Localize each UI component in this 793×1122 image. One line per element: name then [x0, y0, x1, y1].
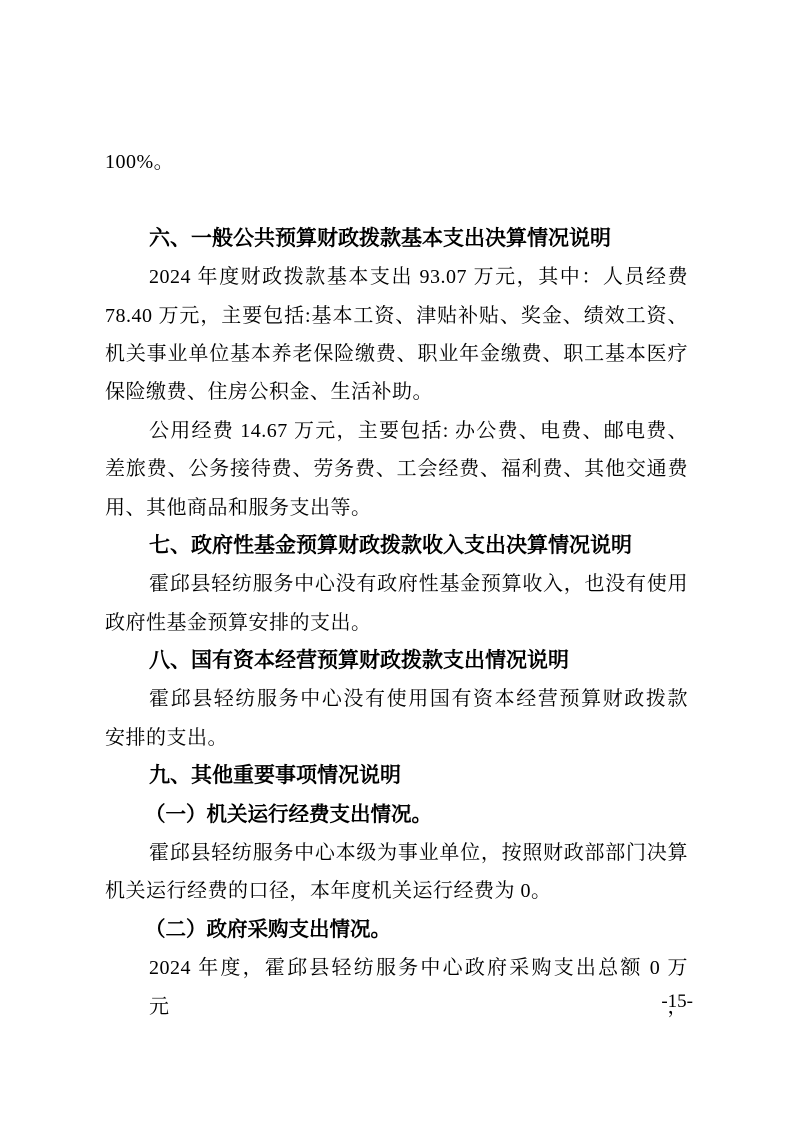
document-body: 100%。六、一般公共预算财政拨款基本支出决算情况说明2024 年度财政拨款基本…	[105, 143, 688, 988]
paragraph-line: 78.40 万元，主要包括:基本工资、津贴补贴、奖金、绩效工资、	[105, 297, 688, 335]
paragraph-line: 2024 年度财政拨款基本支出 93.07 万元，其中：人员经费	[105, 258, 688, 296]
subsection-heading: （二）政府采购支出情况。	[105, 911, 688, 949]
page-number: -15-	[661, 992, 693, 1012]
paragraph-line: 政府性基金预算安排的支出。	[105, 604, 688, 642]
paragraph-line: 机关运行经费的口径，本年度机关运行经费为 0。	[105, 872, 688, 910]
section-heading: 六、一般公共预算财政拨款基本支出决算情况说明	[105, 220, 688, 258]
paragraph-line: 霍邱县轻纺服务中心没有政府性基金预算收入，也没有使用	[105, 565, 688, 603]
paragraph-line: 霍邱县轻纺服务中心本级为事业单位，按照财政部部门决算	[105, 834, 688, 872]
paragraph-line: 100%。	[105, 143, 688, 181]
paragraph-line: 机关事业单位基本养老保险缴费、职业年金缴费、职工基本医疗	[105, 335, 688, 373]
paragraph-line: 差旅费、公务接待费、劳务费、工会经费、福利费、其他交通费	[105, 450, 688, 488]
section-heading: 九、其他重要事项情况说明	[105, 757, 688, 795]
section-heading: 七、政府性基金预算财政拨款收入支出决算情况说明	[105, 527, 688, 565]
paragraph-line: 2024 年度，霍邱县轻纺服务中心政府采购支出总额 0 万元，	[105, 949, 688, 987]
blank-line	[105, 181, 688, 219]
paragraph-line: 保险缴费、住房公积金、生活补助。	[105, 373, 688, 411]
section-heading: 八、国有资本经营预算财政拨款支出情况说明	[105, 642, 688, 680]
paragraph-line: 用、其他商品和服务支出等。	[105, 489, 688, 527]
subsection-heading: （一）机关运行经费支出情况。	[105, 796, 688, 834]
paragraph-line: 公用经费 14.67 万元，主要包括: 办公费、电费、邮电费、	[105, 412, 688, 450]
document-page: 100%。六、一般公共预算财政拨款基本支出决算情况说明2024 年度财政拨款基本…	[0, 0, 793, 1122]
paragraph-line: 霍邱县轻纺服务中心没有使用国有资本经营预算财政拨款	[105, 680, 688, 718]
paragraph-line: 安排的支出。	[105, 719, 688, 757]
